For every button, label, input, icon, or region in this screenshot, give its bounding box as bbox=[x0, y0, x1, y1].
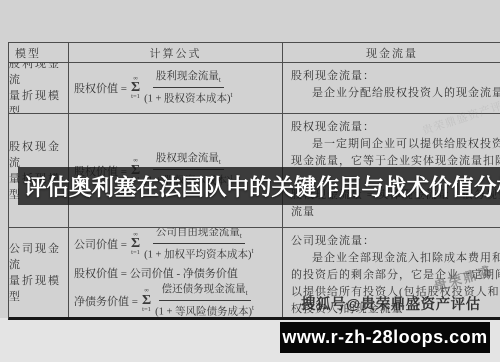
row3-formula-1: 公司价值 = ∞ Σ t=1 公司自由现金流量t (1 + 加权平均资本成本)t bbox=[74, 228, 282, 262]
header-model: 模型 bbox=[9, 43, 69, 63]
row1-model-line1: 股利现金流 bbox=[9, 63, 68, 88]
url-bar: www.r-zh-28loops.com bbox=[280, 322, 490, 353]
row1-model-cell: 股利现金流 量折现模型 bbox=[9, 63, 69, 114]
header-formula-label: 计算公式 bbox=[150, 45, 202, 61]
row1-formula: 股权价值 = ∞ Σ t=1 股利现金流量t (1 + 股权资本成本)t bbox=[74, 71, 282, 106]
row1-formula-cell: 股权价值 = ∞ Σ t=1 股利现金流量t (1 + 股权资本成本)t bbox=[69, 63, 283, 114]
sigma-symbol: ∞ Σ t=1 bbox=[131, 76, 140, 101]
screenshot-root: 模型 计算公式 现金流量 股利现金流 量折现模型 股权价值 = ∞ Σ t=1 … bbox=[0, 0, 500, 362]
row1-model-line2: 量折现模型 bbox=[9, 88, 68, 114]
row1-cashflow-title: 股利现金流量： bbox=[291, 68, 498, 85]
row1-cashflow-cell: 股利现金流量： 是企业分配给股权投资人的现金流量 bbox=[283, 63, 500, 114]
row1-formula-lhs: 股权价值 = bbox=[74, 80, 127, 96]
row3-formula-2: 股权价值 = 公司价值 - 净债务价值 bbox=[74, 265, 282, 281]
header-formula: 计算公式 bbox=[69, 43, 283, 63]
sigma-symbol: ∞ Σ t=1 bbox=[131, 232, 140, 257]
url-text: www.r-zh-28loops.com bbox=[282, 327, 487, 348]
row3-cashflow-title: 公司现金流量： bbox=[291, 233, 498, 250]
header-cashflow-label: 现金流量 bbox=[366, 45, 418, 61]
row3-model-line2: 量折现模型 bbox=[9, 273, 68, 305]
row2-model-line1: 股权现金流 bbox=[9, 139, 68, 171]
headline-overlay: 评估奥利塞在法国队中的关键作用与战术价值分析 bbox=[18, 167, 500, 205]
row3-formula-3: 净债务价值 = ∞ Σ t=1 偿还债务现金流量t (1 + 等风险债务成本)t bbox=[74, 284, 282, 318]
sigma-symbol: ∞ Σ t=1 bbox=[142, 288, 151, 313]
row1-cashflow-desc: 是企业分配给股权投资人的现金流量 bbox=[291, 85, 498, 102]
row3-model-line1: 公司现金流 bbox=[9, 241, 68, 273]
header-cashflow: 现金流量 bbox=[283, 43, 500, 63]
row3-formula-cell: 公司价值 = ∞ Σ t=1 公司自由现金流量t (1 + 加权平均资本成本)t… bbox=[69, 228, 283, 317]
header-model-label: 模型 bbox=[15, 45, 41, 61]
sohu-watermark: 搜狐号@贵荣鼎盛资产评估 bbox=[301, 293, 500, 314]
row1-fraction: 股利现金流量t (1 + 股权资本成本)t bbox=[144, 71, 232, 106]
headline-text: 评估奥利塞在法国队中的关键作用与战术价值分析 bbox=[18, 170, 500, 202]
row3-model-cell: 公司现金流 量折现模型 bbox=[9, 228, 69, 317]
